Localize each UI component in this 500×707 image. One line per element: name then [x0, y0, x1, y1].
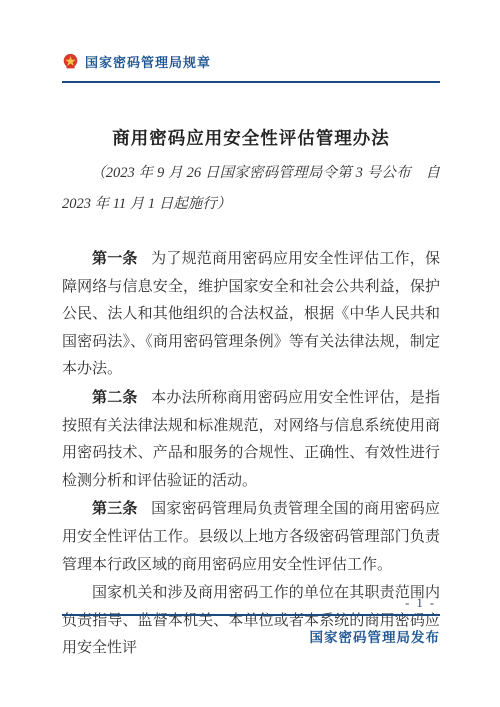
article-1-marker: 第一条: [92, 250, 138, 267]
header-label: 国家密码管理局规章: [85, 52, 211, 71]
header-rule: [62, 81, 440, 83]
document-subtitle: （2023 年 9 月 26 日国家密码管理局令第 3 号公布 自 2023 年…: [62, 158, 440, 220]
article-1-text: 为了规范商用密码应用安全性评估工作，保障网络与信息安全，维护国家安全和社会公共利…: [62, 251, 440, 377]
paragraph-article-1: 第一条为了规范商用密码应用安全性评估工作，保障网络与信息安全，维护国家安全和社会…: [62, 245, 440, 384]
page-number: - 1 -: [62, 596, 440, 611]
document-title: 商用密码应用安全性评估管理办法: [62, 125, 440, 150]
publisher-label: 国家密码管理局发布: [62, 626, 440, 646]
article-2-marker: 第二条: [92, 389, 138, 406]
article-3-marker: 第三条: [92, 500, 138, 517]
paragraph-article-3: 第三条国家密码管理局负责管理全国的商用密码应用安全性评估工作。县级以上地方各级密…: [62, 495, 440, 579]
footer-rule: [62, 614, 440, 616]
page-header: 国家密码管理局规章: [62, 50, 440, 72]
page-footer: - 1 - 国家密码管理局发布: [62, 596, 440, 646]
national-emblem-icon: [62, 53, 79, 70]
document-page: 国家密码管理局规章 商用密码应用安全性评估管理办法 （2023 年 9 月 26…: [0, 0, 500, 707]
paragraph-article-2: 第二条本办法所称商用密码应用安全性评估，是指按照有关法律法规和标准规范，对网络与…: [62, 384, 440, 495]
